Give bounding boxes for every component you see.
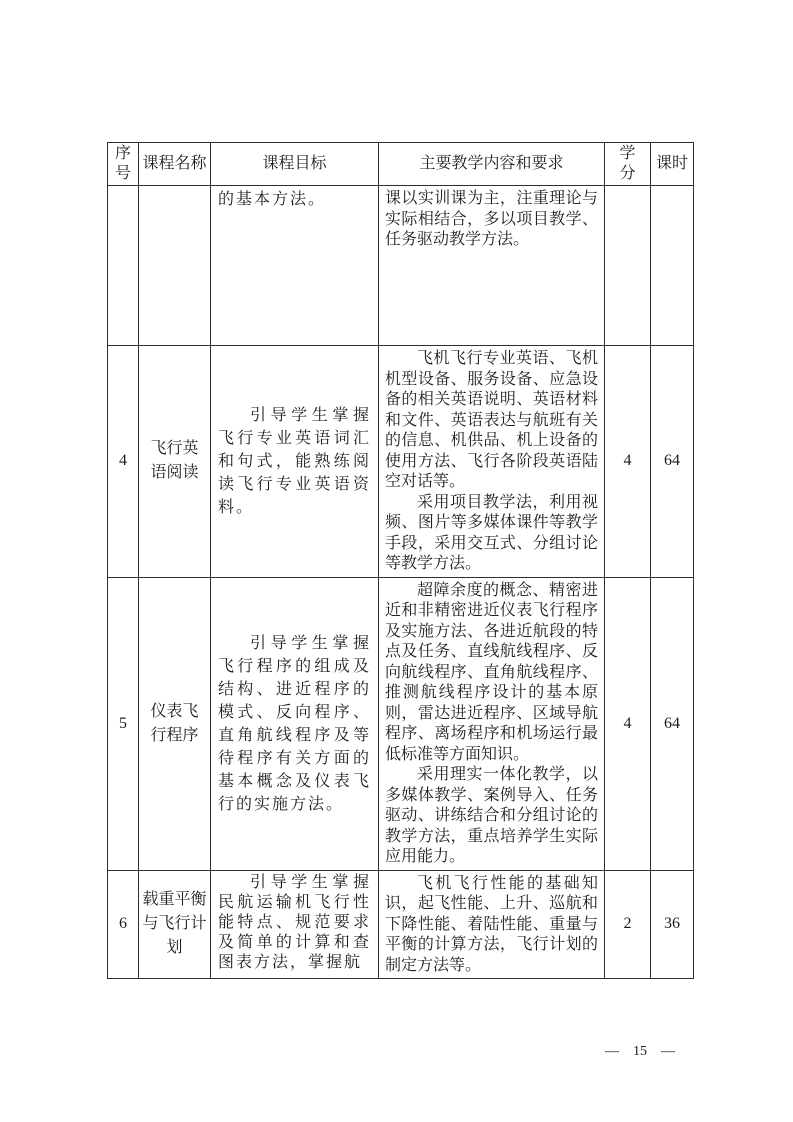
col-header-teaching-content: 主要教学内容和要求 (379, 143, 605, 186)
objective-text: 引导学生掌握飞行专业英语词汇和句式，能熟练阅读飞行专业英语资料。 (218, 404, 371, 519)
table-row-4: 4 飞行英 语阅读 引导学生掌握飞行专业英语词汇和句式，能熟练阅读飞行专业英语资… (108, 346, 694, 578)
page-footer: — 15 — (605, 1044, 675, 1060)
page-number: 15 (633, 1044, 647, 1060)
cell-index: 6 (108, 870, 139, 979)
content-paragraph: 采用项目教学法，利用视频、图片等多媒体课件等教学手段，采用交互式、分组讨论等教学… (385, 493, 598, 575)
cell-credits: 4 (605, 577, 651, 870)
table-header-row: 序号 课程名称 课程目标 主要教学内容和要求 学 分 课时 (108, 143, 694, 186)
cell-course-name: 仪表飞 行程序 (139, 577, 211, 870)
content-paragraph: 课以实训课为主，注重理论与实际相结合，多以项目教学、任务驱动教学方法。 (385, 189, 598, 251)
cell-credits: 4 (605, 346, 651, 578)
content-paragraph: 飞机飞行性能的基础知识，起飞性能、上升、巡航和下降性能、着陆性能、重量与平衡的计… (385, 874, 598, 977)
cell-course-name: 飞行英 语阅读 (139, 346, 211, 578)
cell-hours: 64 (651, 346, 694, 578)
col-header-hours: 课时 (651, 143, 694, 186)
cell-course-name (139, 186, 211, 346)
col-header-credits: 学 分 (605, 143, 651, 186)
content-paragraph: 超障余度的概念、精密进近和非精密进近仪表飞行程序及实施方法、各进近航段的特点及任… (385, 581, 598, 766)
cell-course-objective: 引导学生掌握飞行专业英语词汇和句式，能熟练阅读飞行专业英语资料。 (211, 346, 379, 578)
cell-teaching-content: 超障余度的概念、精密进近和非精密进近仪表飞行程序及实施方法、各进近航段的特点及任… (379, 577, 605, 870)
cell-index: 4 (108, 346, 139, 578)
cell-teaching-content: 飞机飞行性能的基础知识，起飞性能、上升、巡航和下降性能、着陆性能、重量与平衡的计… (379, 870, 605, 979)
objective-text: 的基本方法。 (218, 188, 371, 211)
col-header-course-name: 课程名称 (139, 143, 211, 186)
cell-teaching-content: 飞机飞行专业英语、飞机机型设备、服务设备、应急设备的相关英语说明、英语材料和文件… (379, 346, 605, 578)
cell-hours: 64 (651, 577, 694, 870)
content-paragraph: 飞机飞行专业英语、飞机机型设备、服务设备、应急设备的相关英语说明、英语材料和文件… (385, 349, 598, 493)
cell-index: 5 (108, 577, 139, 870)
content-paragraph: 采用理实一体化教学，以多媒体教学、案例导入、任务驱动、讲练结合和分组讨论的教学方… (385, 765, 598, 868)
col-header-course-objective: 课程目标 (211, 143, 379, 186)
cell-credits (605, 186, 651, 346)
footer-dash-left: — (605, 1044, 619, 1060)
objective-text: 引导学生掌握飞行程序的组成及结构、进近程序的模式、反向程序、直角航线程序及等待程… (218, 632, 371, 816)
table-row-5: 5 仪表飞 行程序 引导学生掌握飞行程序的组成及结构、进近程序的模式、反向程序、… (108, 577, 694, 870)
cell-course-objective: 的基本方法。 (211, 186, 379, 346)
cell-hours (651, 186, 694, 346)
cell-course-objective: 引导学生掌握飞行程序的组成及结构、进近程序的模式、反向程序、直角航线程序及等待程… (211, 577, 379, 870)
cell-index (108, 186, 139, 346)
table-row-continuation: 的基本方法。 课以实训课为主，注重理论与实际相结合，多以项目教学、任务驱动教学方… (108, 186, 694, 346)
footer-dash-right: — (661, 1044, 675, 1060)
cell-teaching-content: 课以实训课为主，注重理论与实际相结合，多以项目教学、任务驱动教学方法。 (379, 186, 605, 346)
objective-text: 引导学生掌握民航运输机飞行性能特点、规范要求及简单的计算和查图表方法，掌握航 (218, 873, 371, 973)
cell-course-objective: 引导学生掌握民航运输机飞行性能特点、规范要求及简单的计算和查图表方法，掌握航 (211, 870, 379, 979)
cell-hours: 36 (651, 870, 694, 979)
document-page: 序号 课程名称 课程目标 主要教学内容和要求 学 分 课时 的基本方法。 课以实… (0, 0, 793, 1122)
table-row-6: 6 载重平衡 与飞行计 划 引导学生掌握民航运输机飞行性能特点、规范要求及简单的… (108, 870, 694, 979)
col-header-index: 序号 (108, 143, 139, 186)
cell-credits: 2 (605, 870, 651, 979)
cell-course-name: 载重平衡 与飞行计 划 (139, 870, 211, 979)
course-table: 序号 课程名称 课程目标 主要教学内容和要求 学 分 课时 的基本方法。 课以实… (107, 142, 694, 979)
